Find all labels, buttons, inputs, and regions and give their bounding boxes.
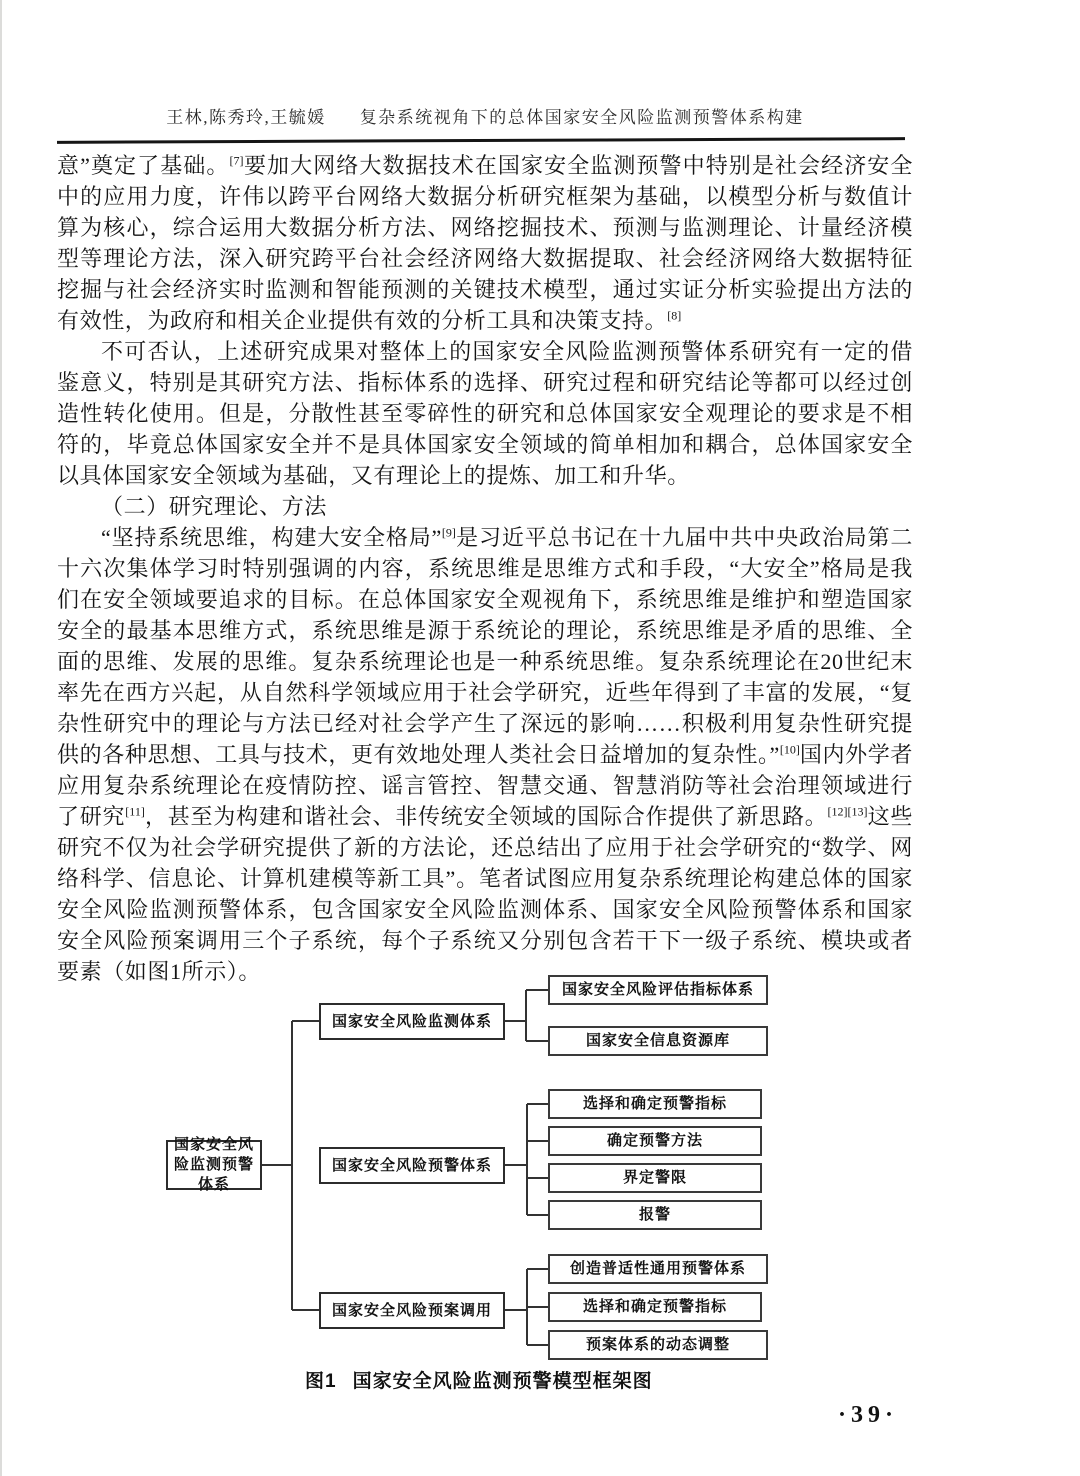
figure-leaf-node: 选择和确定预警指标 [548,1292,762,1322]
paragraph-3-text: 这些研究不仅为社会学研究提供了新的方法论，还总结出了应用于社会学研究的“数学、网… [57,804,913,984]
citation-ref-9: [9] [442,526,456,540]
figure-leaf-node: 国家安全信息资源库 [548,1026,768,1056]
paragraph-2-text: 不可否认，上述研究成果对整体上的国家安全风险监测预警体系研究有一定的借鉴意义，特… [57,339,913,488]
paragraph-3-text: “坚持系统思维，构建大安全格局” [101,525,442,550]
citation-ref-8: [8] [667,309,681,323]
figure-caption-text: 国家安全风险监测预警模型框架图 [353,1371,653,1392]
section-heading-text: （二）研究理论、方法 [101,494,327,519]
journal-page-scan: 王林,陈秀玲,王毓媛复杂系统视角下的总体国家安全风险监测预警体系构建 意”奠定了… [0,0,1080,1476]
citation-ref-7: [7] [229,154,243,168]
figure-caption: 图1国家安全风险监测预警模型框架图 [305,1366,653,1393]
paragraph-1-text: 意”奠定了基础。 [57,153,229,178]
figure-leaf-node: 国家安全风险评估指标体系 [548,975,768,1005]
running-head-authors: 王林,陈秀玲,王毓媛 [166,108,326,127]
paragraph-3-text: 是习近平总书记在十九届中共中央政治局第二十六次集体学习时特别强调的内容，系统思维… [57,525,913,767]
running-head: 王林,陈秀玲,王毓媛复杂系统视角下的总体国家安全风险监测预警体系构建 [57,103,913,128]
header-rule [57,137,905,144]
paragraph-2: 不可否认，上述研究成果对整体上的国家安全风险监测预警体系研究有一定的借鉴意义，特… [57,336,913,491]
section-heading: （二）研究理论、方法 [57,491,913,522]
figure-leaf-node: 确定预警方法 [548,1126,762,1156]
paragraph-3-text: ，甚至为构建和谐社会、非传统安全领域的国际合作提供了新思路。 [145,804,828,829]
figure-leaf-node: 选择和确定预警指标 [548,1089,762,1119]
citation-ref-11: [11] [125,805,145,819]
figure-caption-label: 图1 [305,1371,337,1392]
figure-root-node: 国家安全风险监测预警体系 [166,1140,262,1190]
figure-leaf-node: 界定警限 [548,1163,762,1193]
figure-branch-plan-invocation: 国家安全风险预案调用 [319,1292,505,1329]
figure-leaf-node: 预案体系的动态调整 [548,1330,768,1360]
citation-ref-10: [10] [780,743,800,757]
paragraph-1: 意”奠定了基础。[7]要加大网络大数据技术在国家安全监测预警中特别是社会经济安全… [57,150,913,336]
paragraph-3: “坚持系统思维，构建大安全格局”[9]是习近平总书记在十九届中共中央政治局第二十… [57,522,913,987]
citation-ref-12-13: [12][13] [828,805,868,819]
running-head-title: 复杂系统视角下的总体国家安全风险监测预警体系构建 [360,108,804,127]
figure-branch-monitoring: 国家安全风险监测体系 [319,1003,505,1040]
paragraph-1-text: 要加大网络大数据技术在国家安全监测预警中特别是社会经济安全中的应用力度，许伟以跨… [57,153,913,333]
figure-branch-early-warning: 国家安全风险预警体系 [319,1147,505,1184]
figure-leaf-node: 创造普适性通用预警体系 [548,1254,768,1284]
figure-leaf-node: 报警 [548,1200,762,1230]
scan-edge-artifact [0,0,2,1476]
article-body: 意”奠定了基础。[7]要加大网络大数据技术在国家安全监测预警中特别是社会经济安全… [57,150,913,987]
page-number: ·39· [838,1402,898,1429]
